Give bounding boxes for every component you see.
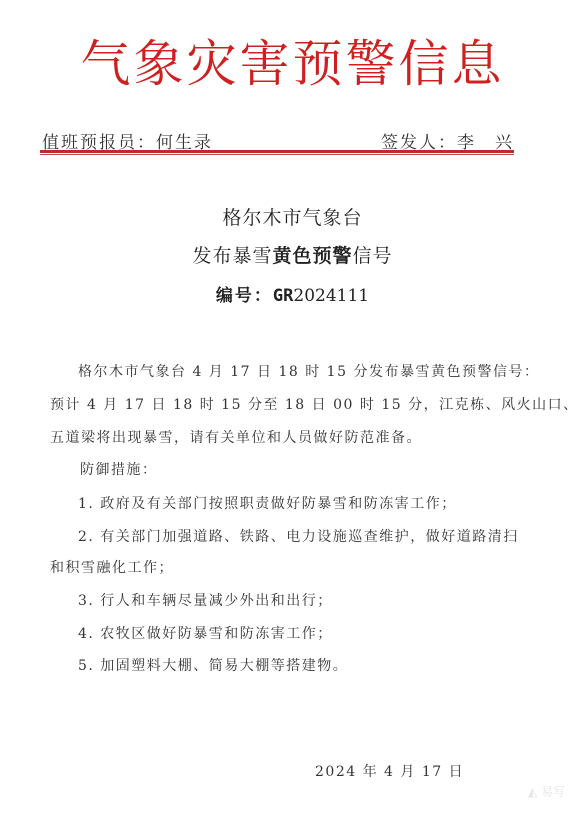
doc-number-prefix: GR [273,286,293,306]
measure-item-2: 2. 有关部门加强道路、铁路、电力设施巡查维护，做好道路清扫 [78,527,558,547]
measure-item-3: 3. 行人和车辆尽量减少外出和出行； [78,591,558,611]
header-title: 气象灾害预警信息 [0,32,585,96]
signal-title: 发布暴雪黄色预警信号 [0,241,585,268]
measure-item-4: 4. 农牧区做好防暴雪和防冻害工作； [78,624,558,644]
measure-item-2-cont: 和积雪融化工作； [50,558,530,578]
header-divider-thin [40,154,514,155]
watermark-logo-icon: ◭ [528,785,537,799]
doc-number-digits: 2024111 [293,286,369,306]
paragraph-line-1: 格尔木市气象台 4 月 17 日 18 时 15 分发布暴雪黄色预警信号： [78,362,558,382]
signal-title-bold: 黄色预警 [272,245,352,267]
signal-title-tail: 信号 [353,245,393,267]
measure-item-1: 1. 政府及有关部门按照职责做好防暴雪和防冻害工作； [78,494,558,514]
doc-number: 编号：GR2024111 [0,281,585,306]
signal-title-normal: 发布暴雪 [192,245,272,267]
measure-item-5: 5. 加固塑料大棚、简易大棚等搭建物。 [78,656,558,676]
measures-heading: 防御措施： [80,460,560,480]
paragraph-line-2: 预计 4 月 17 日 18 时 15 分至 18 日 00 时 15 分，江克… [50,395,530,415]
watermark-text: 易写 [541,785,565,799]
issuer-name: 格尔木市气象台 [0,203,585,230]
meta-row: 值班预报员：何生录 签发人：李 兴 [42,128,514,150]
watermark: ◭ 易写 [528,783,565,800]
paragraph-line-3: 五道梁将出现暴雪，请有关单位和人员做好防范准备。 [50,428,530,448]
header-divider-thick [40,150,514,153]
doc-number-label: 编号： [216,286,273,306]
issue-date: 2024 年 4 月 17 日 [315,762,585,782]
